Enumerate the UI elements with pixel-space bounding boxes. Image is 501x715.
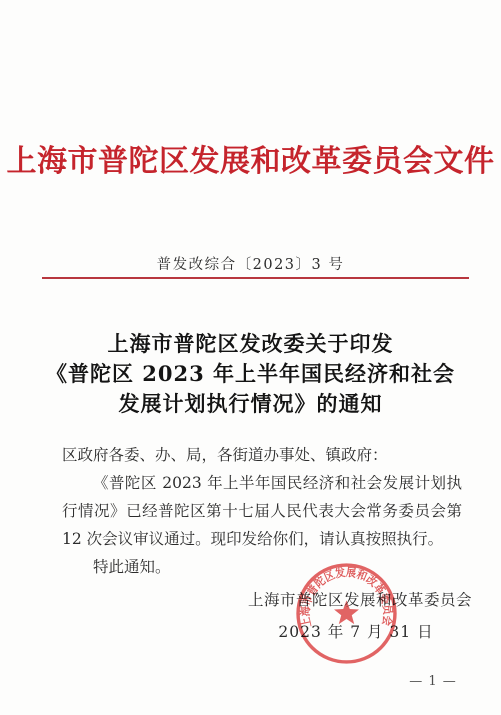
body-paragraph-2: 特此通知。 bbox=[62, 553, 462, 581]
document-masthead-title: 上海市普陀区发展和改革委员会文件 bbox=[0, 136, 501, 180]
masthead-divider-line bbox=[42, 277, 469, 279]
seal-arc-text: 上海市普陀区发展和改革委员会 bbox=[298, 565, 395, 629]
notice-title-line-2: 《普陀区 2023 年上半年国民经济和社会 bbox=[0, 359, 501, 389]
document-reference-number: 普发改综合〔2023〕3 号 bbox=[0, 253, 501, 274]
notice-title: 上海市普陀区发改委关于印发 《普陀区 2023 年上半年国民经济和社会 发展计划… bbox=[0, 329, 501, 419]
document-page: 上海市普陀区发展和改革委员会文件 普发改综合〔2023〕3 号 上海市普陀区发改… bbox=[0, 0, 501, 715]
body-paragraph-1: 《普陀区 2023 年上半年国民经济和社会发展计划执行情况》已经普陀区第十七届人… bbox=[62, 469, 462, 553]
notice-title-line-3: 发展计划执行情况》的通知 bbox=[0, 389, 501, 419]
official-seal: 上海市普陀区发展和改革委员会 bbox=[294, 561, 399, 666]
salutation-line: 区政府各委、办、局，各街道办事处、镇政府： bbox=[62, 441, 462, 469]
page-number: — 1 — bbox=[392, 674, 474, 689]
seal-star-icon bbox=[334, 600, 359, 624]
notice-title-line-1: 上海市普陀区发改委关于印发 bbox=[0, 329, 501, 359]
notice-body: 区政府各委、办、局，各街道办事处、镇政府： 《普陀区 2023 年上半年国民经济… bbox=[62, 441, 462, 581]
